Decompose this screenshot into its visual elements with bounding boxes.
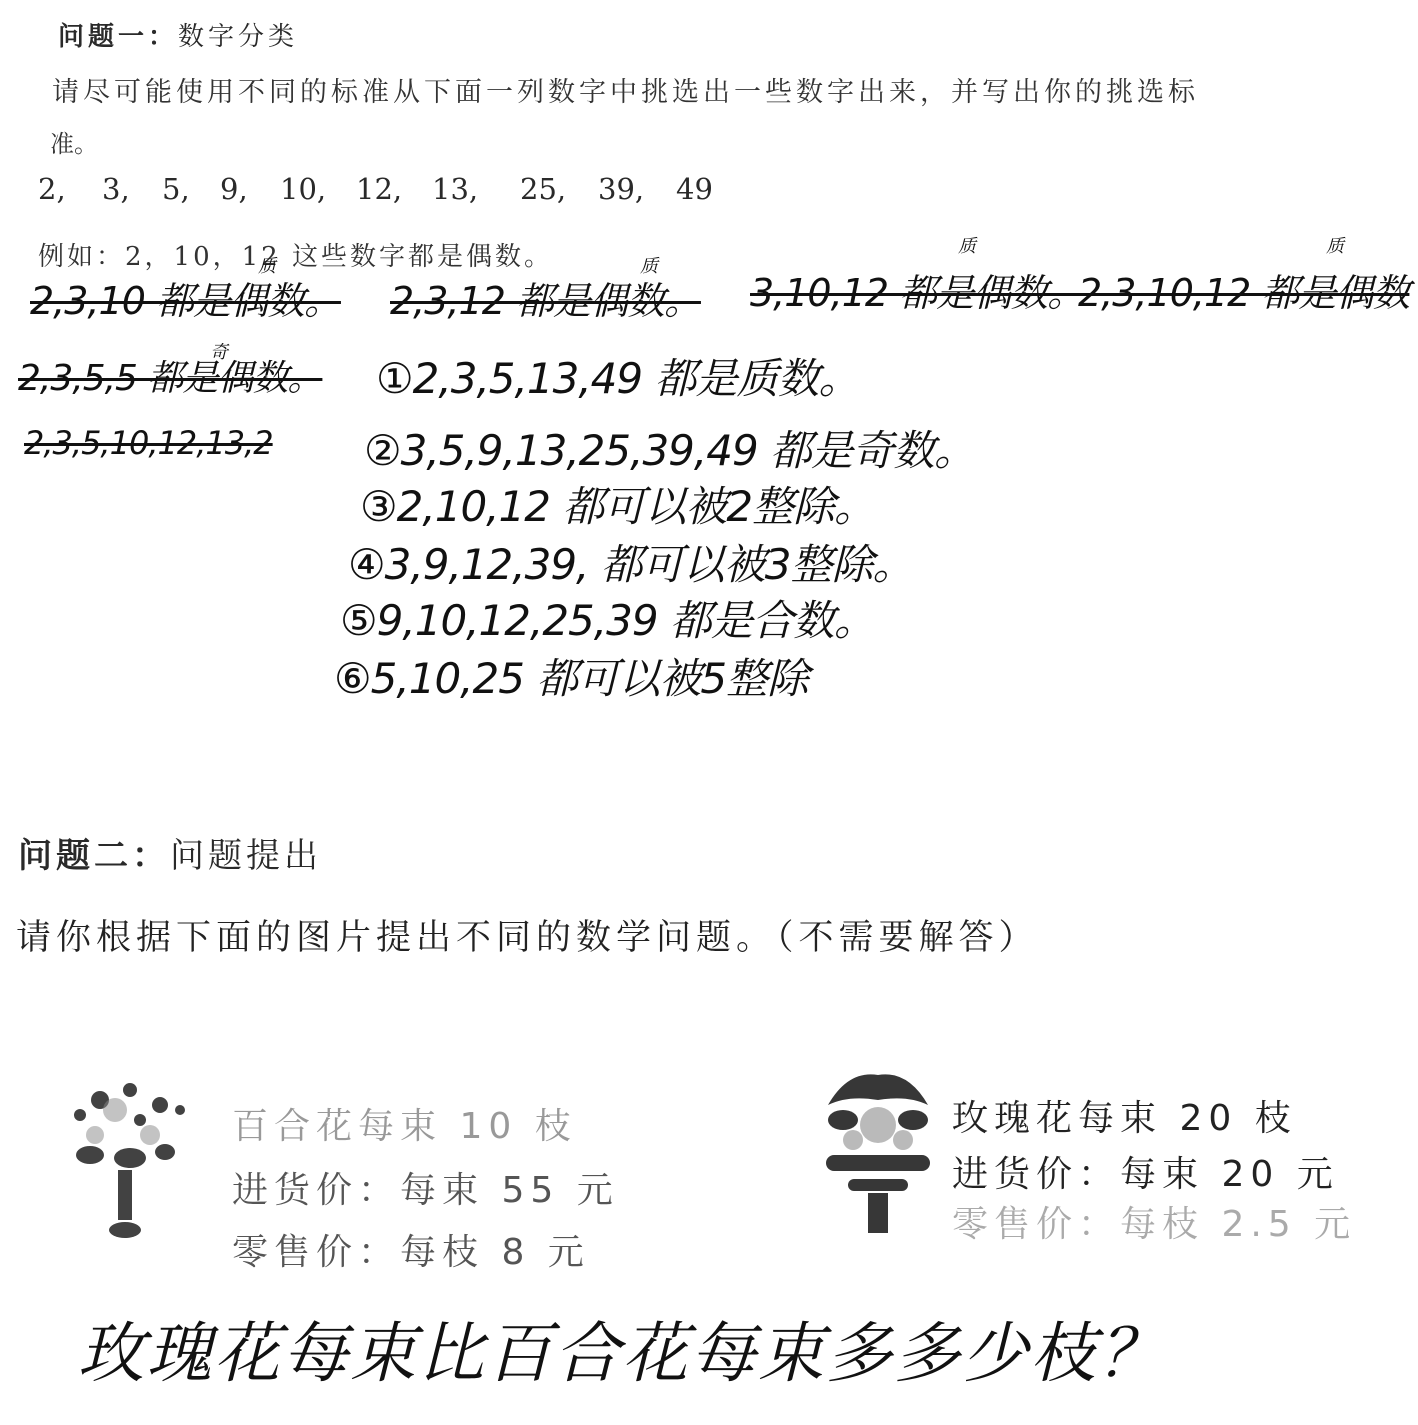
answer-text: 3,5,9,13,25,39,49 都是奇数。 bbox=[401, 426, 975, 475]
answer-marker: ④ bbox=[348, 540, 385, 589]
rose-bouquet-icon bbox=[808, 1055, 948, 1245]
question2-title: 问题提出 bbox=[170, 836, 322, 876]
answer-item: ①2,3,5,13,49 都是质数。 bbox=[376, 346, 859, 406]
lily-purchase-price: 进货价：每束 55 元 bbox=[232, 1162, 619, 1213]
number-item: 5, bbox=[162, 172, 220, 206]
answer-item: ②3,5,9,13,25,39,49 都是奇数。 bbox=[364, 418, 975, 478]
answer-text: 2,10,12 都可以被2整除。 bbox=[397, 482, 875, 531]
answer-text: 3,9,12,39, 都可以被3整除。 bbox=[385, 540, 914, 589]
crossed-out-answer: 2,3,5,5 都是偶数。 bbox=[18, 350, 322, 401]
question2-heading: 问题二：问题提出 bbox=[18, 828, 322, 877]
number-item: 10, bbox=[280, 172, 356, 206]
number-item: 39, bbox=[598, 172, 676, 206]
answer-marker: ② bbox=[364, 426, 401, 475]
answer-text: 9,10,12,25,39 都是合数。 bbox=[377, 596, 875, 645]
answer-item: ⑤9,10,12,25,39 都是合数。 bbox=[340, 588, 875, 648]
answer-marker: ⑥ bbox=[334, 654, 371, 703]
crossed-out-answer: 2,3,10,12 都是偶数 bbox=[1078, 262, 1409, 317]
number-item: 25, bbox=[520, 172, 598, 206]
number-item: 13, bbox=[432, 172, 520, 206]
lily-bouquet-icon bbox=[30, 1060, 210, 1250]
lily-stems-per-bunch: 百合花每束 10 枝 bbox=[232, 1098, 577, 1149]
lily-retail-price: 零售价：每枝 8 元 bbox=[232, 1224, 590, 1275]
number-item: 2, bbox=[38, 172, 102, 206]
answer-item: ③2,10,12 都可以被2整除。 bbox=[360, 474, 875, 534]
number-item: 3, bbox=[102, 172, 162, 206]
answer-text: 2,3,5,13,49 都是质数。 bbox=[413, 354, 860, 403]
rose-retail-price: 零售价：每枝 2.5 元 bbox=[952, 1196, 1356, 1247]
number-item: 49 bbox=[676, 172, 713, 206]
question1-heading: 问题一：数字分类 bbox=[58, 16, 298, 53]
crossed-out-answer: 2,3,12 都是偶数。 bbox=[390, 270, 701, 325]
answer-marker: ③ bbox=[360, 482, 397, 531]
number-item: 12, bbox=[356, 172, 432, 206]
answer-marker: ⑤ bbox=[340, 596, 377, 645]
annotation: 质 bbox=[1326, 232, 1344, 258]
crossed-out-answer: 2,3,5,10,12,13,2 bbox=[24, 424, 273, 462]
rose-stems-per-bunch: 玫瑰花每束 20 枝 bbox=[952, 1090, 1297, 1141]
answer-item: ⑥5,10,25 都可以被5整除 bbox=[334, 646, 808, 706]
question1-label: 问题一： bbox=[58, 22, 178, 52]
annotation: 质 bbox=[958, 232, 976, 258]
question1-instruction-cont: 准。 bbox=[50, 124, 98, 159]
question1-instruction: 请尽可能使用不同的标准从下面一列数字中挑选出一些数字出来，并写出你的挑选标 bbox=[52, 70, 1199, 109]
rose-purchase-price: 进货价：每束 20 元 bbox=[952, 1146, 1339, 1197]
answer-text: 5,10,25 都可以被5整除 bbox=[371, 654, 808, 703]
question2-handwritten-answer: 玫瑰花每束比百合花每束多多少枝？ bbox=[78, 1300, 1166, 1395]
answer-marker: ① bbox=[376, 354, 413, 403]
question1-example: 例如：2，10，12 这些数字都是偶数。 bbox=[38, 236, 553, 273]
crossed-out-answer: 3,10,12 都是偶数。 bbox=[750, 262, 1084, 317]
question1-title: 数字分类 bbox=[178, 22, 298, 52]
question2-instruction: 请你根据下面的图片提出不同的数学问题。（不需要解答） bbox=[16, 910, 1039, 960]
crossed-out-answer: 2,3,10 都是偶数。 bbox=[30, 270, 341, 325]
question2-label: 问题二： bbox=[18, 836, 170, 876]
number-item: 9, bbox=[220, 172, 280, 206]
answer-item: ④3,9,12,39, 都可以被3整除。 bbox=[348, 532, 913, 592]
number-list: 2, 3, 5, 9, 10, 12, 13, 25, 39, 49 bbox=[38, 172, 713, 206]
